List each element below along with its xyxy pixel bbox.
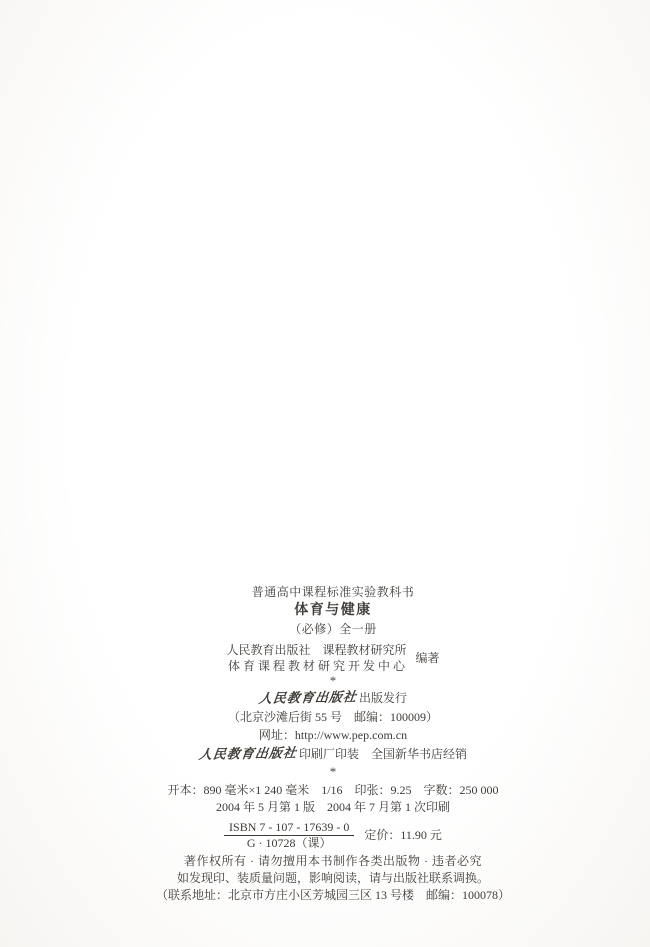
book-title: 体育与健康 bbox=[16, 603, 650, 619]
publisher-line: 人民教育出版社出版发行 bbox=[16, 690, 650, 706]
printer-suffix: 印刷厂印装 全国新华书店经销 bbox=[299, 747, 467, 761]
authors-block: 人民教育出版社 课程教材研究所 体育课程教材研究开发中心 编著 bbox=[16, 642, 650, 674]
publisher-address: （北京沙滩后街 55 号 邮编：100009） bbox=[16, 711, 650, 724]
copyright-notice: 著作权所有 · 请勿擅用本书制作各类出版物 · 违者必究 bbox=[16, 855, 650, 868]
author-org-line2: 体育课程教材研究开发中心 bbox=[226, 658, 409, 674]
series-title: 普通高中课程标准实验教科书 bbox=[16, 586, 650, 599]
website-line: 网址：http://www.pep.com.cn bbox=[16, 729, 650, 742]
edition-label: （必修）全一册 bbox=[16, 623, 650, 636]
printer-line: 人民教育出版社印刷厂印装 全国新华书店经销 bbox=[16, 746, 650, 762]
printer-logo-script: 人民教育出版社 bbox=[198, 745, 298, 762]
author-organizations: 人民教育出版社 课程教材研究所 体育课程教材研究开发中心 bbox=[226, 642, 406, 674]
format-specs: 开本：890 毫米×1 240 毫米 1/16 印张：9.25 字数：250 0… bbox=[16, 784, 650, 797]
isbn-block: ISBN 7 - 107 - 17639 - 0 G · 10728（课） 定价… bbox=[16, 820, 650, 850]
author-role: 编著 bbox=[416, 652, 440, 665]
isbn-category-code: G · 10728（课） bbox=[224, 836, 354, 850]
website-url: http://www.pep.com.cn bbox=[295, 728, 407, 742]
price-label: 定价：11.90 元 bbox=[364, 829, 442, 842]
section-separator-2: * bbox=[16, 766, 650, 778]
impression-info: 2004 年 5 月第 1 版 2004 年 7 月第 1 次印刷 bbox=[16, 801, 650, 814]
publisher-suffix: 出版发行 bbox=[359, 691, 407, 705]
section-separator-1: * bbox=[16, 675, 650, 687]
isbn-fraction: ISBN 7 - 107 - 17639 - 0 G · 10728（课） bbox=[224, 820, 354, 850]
website-label: 网址： bbox=[259, 728, 295, 742]
publisher-logo-script: 人民教育出版社 bbox=[258, 689, 358, 706]
author-org-line1: 人民教育出版社 课程教材研究所 bbox=[226, 642, 406, 658]
isbn-number: ISBN 7 - 107 - 17639 - 0 bbox=[224, 820, 354, 836]
book-colophon-page: 普通高中课程标准实验教科书 体育与健康 （必修）全一册 人民教育出版社 课程教材… bbox=[16, 586, 650, 902]
contact-address: （联系地址：北京市方庄小区芳城园三区 13 号楼 邮编：100078） bbox=[16, 889, 650, 902]
quality-notice: 如发现印、装质量问题，影响阅读，请与出版社联系调换。 bbox=[16, 872, 650, 885]
